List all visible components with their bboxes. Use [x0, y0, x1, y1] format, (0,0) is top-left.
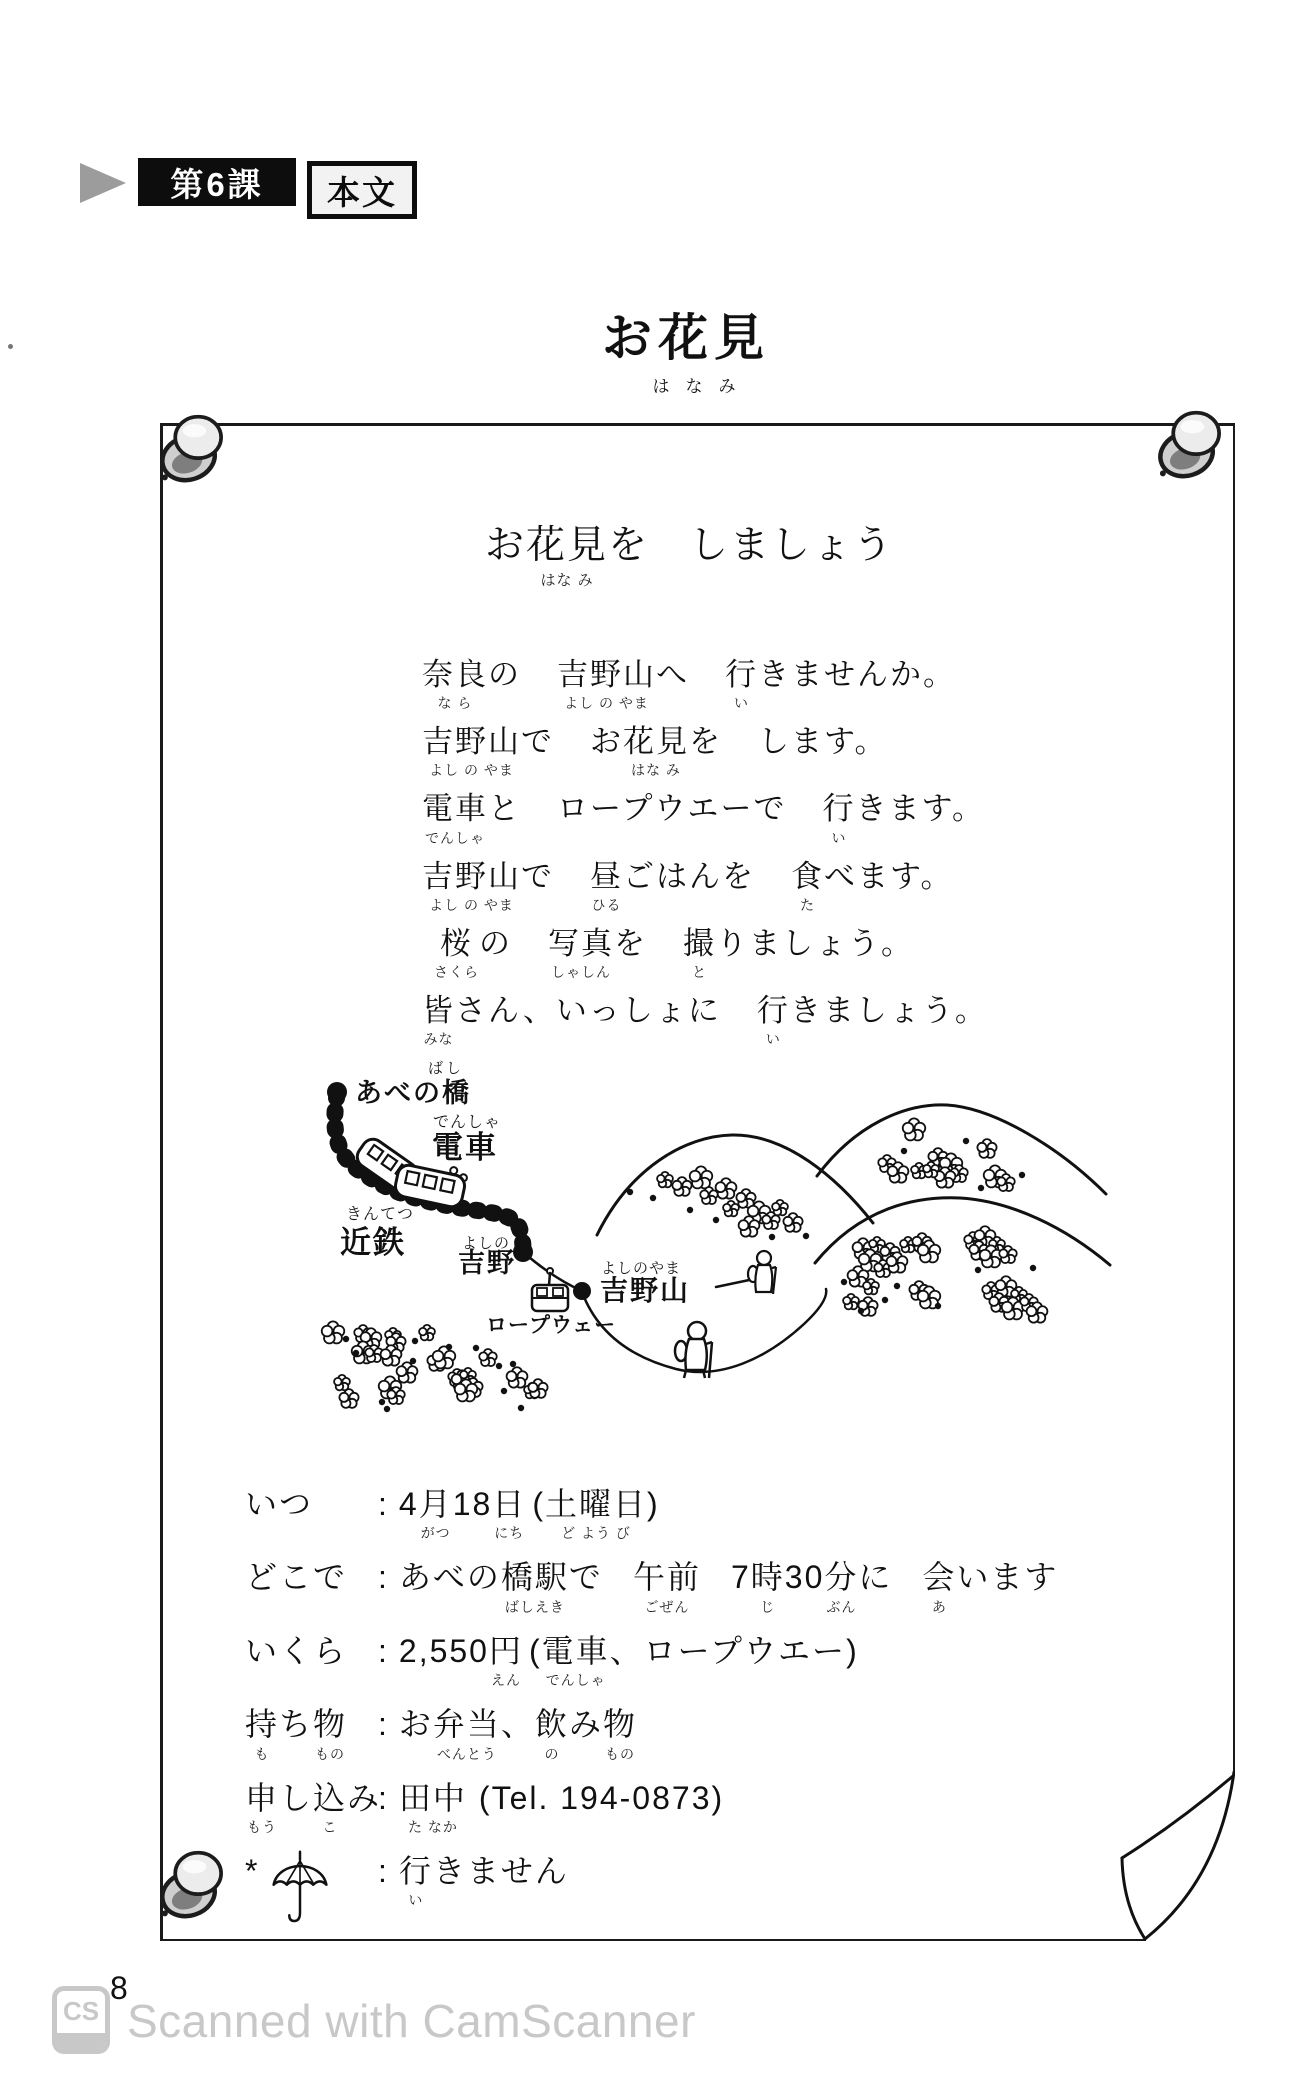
- blossom-dot: [627, 1189, 633, 1195]
- text-unit: 分ぶん: [824, 1558, 858, 1613]
- text-unit: ロープウエーで: [557, 790, 786, 827]
- blossom-dot: [384, 1406, 390, 1412]
- text-unit: お: [485, 523, 526, 570]
- push-pin-icon: [1154, 403, 1228, 489]
- text-unit: 18: [453, 1485, 493, 1523]
- body-line: 奈良な らの吉野山よし の やまへ行いきませんか。: [422, 656, 988, 710]
- text-unit: 吉野山よし の やま: [422, 858, 521, 912]
- camscanner-watermark: Scanned with CamScanner: [127, 1994, 696, 2048]
- spacer: [722, 723, 758, 724]
- blossom-dot: [935, 1303, 941, 1309]
- cherry-blossom-icon: [772, 1200, 788, 1215]
- cherry-blossom-icon: [433, 1346, 456, 1368]
- text-unit: 電車でんしゃ: [542, 1632, 610, 1687]
- text-unit: 食た: [791, 858, 824, 912]
- text-unit: 行い: [399, 1852, 433, 1907]
- text-unit: 行い: [725, 656, 758, 710]
- spacer: [512, 925, 548, 926]
- page-number: 8: [110, 1970, 128, 2007]
- text-unit: 桜さくら: [434, 925, 479, 979]
- arrow-marker-icon: [80, 163, 126, 203]
- spacer: [389, 1705, 399, 1706]
- cherry-blossom-icon: [322, 1321, 345, 1343]
- cherry-blossom-icon: [843, 1294, 859, 1309]
- text-unit: お: [590, 723, 623, 760]
- text-unit: さん、いっしょに: [455, 992, 721, 1029]
- detail-row: どこで:あべの橋駅ばしえきで午前ごぜん7時じ30分ぶんに会あいます: [245, 1558, 1058, 1613]
- text-unit: 花見はな み: [526, 523, 608, 588]
- text-unit: 会あ: [922, 1558, 956, 1613]
- cherry-blossom-icon: [507, 1367, 528, 1387]
- spacer: [647, 925, 683, 926]
- cherry-blossom-icon: [977, 1139, 996, 1158]
- text-unit: 申もう: [245, 1779, 279, 1834]
- detail-value: :4月がつ18日にち(土曜日ど よう び): [378, 1485, 660, 1540]
- push-pin-icon: [156, 407, 230, 493]
- text-unit: 田中た なか: [399, 1779, 467, 1834]
- spacer: [422, 925, 434, 926]
- text-unit: :: [378, 1558, 389, 1596]
- text-unit: で: [521, 723, 554, 760]
- spacer: [689, 656, 725, 657]
- blossom-dot: [501, 1388, 507, 1394]
- detail-row: 申もうし込こみ:田中た なか(Tel. 194-0873): [245, 1779, 1058, 1834]
- text-unit: (: [532, 1485, 545, 1523]
- cherry-blossom-icon: [716, 1178, 737, 1198]
- spacer: [554, 858, 590, 859]
- camscanner-logo-bar: [57, 2033, 105, 2049]
- text-unit: しましょう: [689, 523, 894, 570]
- spacer: [786, 790, 822, 791]
- blossom-dot: [963, 1138, 969, 1144]
- text-unit: み: [569, 1705, 603, 1743]
- text-unit: 物もの: [603, 1705, 637, 1760]
- blossom-dot: [882, 1297, 888, 1303]
- text-unit: きます。: [855, 790, 985, 827]
- text-unit: 円えん: [489, 1632, 523, 1687]
- text-unit: ち: [279, 1705, 313, 1743]
- text-unit: 電車でんしゃ: [422, 790, 488, 844]
- text-unit: 奈良な ら: [422, 656, 488, 710]
- text-unit: と: [488, 790, 521, 827]
- detail-value: :お弁当べんとう、飲のみ物もの: [378, 1705, 637, 1760]
- text-unit: 月がつ: [419, 1485, 453, 1540]
- spacer: [721, 992, 757, 993]
- map-label-densha: 電車: [432, 1130, 498, 1165]
- map-label-yoshino: 吉野: [458, 1248, 516, 1278]
- detail-label: どこで: [245, 1558, 378, 1596]
- text-unit: :: [378, 1632, 389, 1670]
- text-unit: で: [569, 1558, 603, 1596]
- text-unit: どこで: [245, 1558, 347, 1596]
- blossom-dot: [343, 1336, 349, 1342]
- text-unit: します。: [758, 723, 888, 760]
- text-unit: し: [279, 1779, 313, 1817]
- detail-value: :行いきません: [378, 1852, 569, 1907]
- text-unit: います: [956, 1558, 1058, 1596]
- text-unit: の: [488, 656, 521, 693]
- spacer: [389, 1558, 399, 1559]
- text-unit: 吉野山よし の やま: [422, 723, 521, 777]
- text-unit: 行い: [757, 992, 790, 1046]
- blossom-dot: [446, 1344, 452, 1350]
- spacer: [701, 1558, 731, 1559]
- page-title: お花見: [456, 298, 916, 370]
- text-unit: *: [245, 1852, 259, 1890]
- map-furigana-abenobashi: ばし: [428, 1060, 464, 1077]
- blossom-dot: [841, 1279, 847, 1285]
- blossom-dot: [803, 1233, 809, 1239]
- umbrella-icon: [267, 1846, 333, 1930]
- text-unit: ごはんを: [623, 858, 755, 895]
- text-unit: :: [378, 1779, 389, 1817]
- text-unit: (Tel. 194-0873): [479, 1779, 724, 1817]
- blossom-dot: [858, 1308, 864, 1314]
- scan-speck: [8, 344, 13, 349]
- station-dot-abenobashi: [327, 1082, 347, 1102]
- hiker-figure: [748, 1251, 776, 1294]
- text-unit: 4: [399, 1485, 419, 1523]
- blossom-dot: [518, 1405, 524, 1411]
- push-pin-graphic: [156, 407, 230, 493]
- spacer: [389, 1632, 399, 1633]
- poster-border-top: [160, 423, 1235, 426]
- blossom-dot: [473, 1345, 479, 1351]
- route-map-illustration: ばし あべの橋 でんしゃ 電車 きんてつ 近鉄 よしの 吉野 よしのやま 吉野山…: [160, 1040, 1235, 1440]
- blossom-dot: [412, 1338, 418, 1344]
- detail-row: いつ:4月がつ18日にち(土曜日ど よう び): [245, 1485, 1058, 1540]
- poster-body-text: 奈良な らの吉野山よし の やまへ行いきませんか。吉野山よし の やまでお花見は…: [422, 656, 988, 1059]
- page-title-furigana: はなみ: [472, 372, 932, 397]
- cherry-blossom-icon: [690, 1166, 713, 1188]
- detail-label: いくら: [245, 1632, 378, 1670]
- spacer: [467, 1779, 479, 1780]
- spacer: [755, 858, 791, 859]
- text-unit: の: [479, 925, 512, 962]
- text-unit: 30: [785, 1558, 825, 1596]
- body-line: 皆みなさん、いっしょに行いきましょう。: [422, 992, 988, 1046]
- text-unit: きましょう。: [790, 992, 988, 1029]
- text-unit: りましょう。: [716, 925, 914, 962]
- text-unit: お: [399, 1705, 433, 1743]
- detail-label: 申もうし込こみ: [245, 1779, 378, 1834]
- map-furigana-densha: でんしゃ: [433, 1114, 501, 1131]
- push-pin-icon: [156, 1843, 230, 1929]
- spacer: [554, 723, 590, 724]
- text-unit: 時じ: [751, 1558, 785, 1613]
- text-unit: いくら: [245, 1632, 347, 1670]
- text-unit: 土曜日ど よう び: [545, 1485, 647, 1540]
- text-unit: きませんか。: [758, 656, 956, 693]
- text-unit: 、: [501, 1705, 535, 1743]
- push-pin-graphic: [1154, 403, 1228, 489]
- text-unit: ): [647, 1485, 660, 1523]
- blossom-dot: [687, 1207, 693, 1213]
- blossom-dot: [975, 1267, 981, 1273]
- text-unit: を: [614, 925, 647, 962]
- text-unit: 込こ: [313, 1779, 347, 1834]
- detail-label: *: [245, 1852, 378, 1930]
- text-unit: 2,550: [399, 1632, 489, 1670]
- section-label: 本文: [327, 167, 397, 214]
- map-furigana-kintetsu: きんてつ: [346, 1206, 414, 1223]
- cherry-blossom-icon: [419, 1325, 435, 1340]
- text-unit: :: [378, 1705, 389, 1743]
- text-unit: 飲の: [535, 1705, 569, 1760]
- text-unit: 行い: [822, 790, 855, 844]
- detail-row: 持もち物もの:お弁当べんとう、飲のみ物もの: [245, 1705, 1058, 1760]
- text-unit: いつ: [245, 1485, 313, 1523]
- spacer: [521, 656, 557, 657]
- blossom-dot: [410, 1358, 416, 1364]
- blossom-dot: [510, 1361, 516, 1367]
- details-list: いつ:4月がつ18日にち(土曜日ど よう び)どこで:あべの橋駅ばしえきで午前ご…: [245, 1485, 1058, 1948]
- ropeway-cable: [523, 1252, 591, 1311]
- text-unit: み: [347, 1779, 381, 1817]
- text-unit: (: [529, 1632, 542, 1670]
- blossom-dot: [894, 1283, 900, 1289]
- spacer: [389, 1779, 399, 1780]
- map-label-kintetsu: 近鉄: [340, 1225, 406, 1260]
- text-unit: 日にち: [492, 1485, 526, 1540]
- text-unit: 昼ひる: [590, 858, 623, 912]
- blossom-dot: [650, 1195, 656, 1201]
- map-label-yoshinoyama: 吉野山: [600, 1275, 690, 1306]
- cherry-blossom-icon: [657, 1172, 673, 1187]
- text-unit: 物もの: [313, 1705, 347, 1760]
- text-unit: :: [378, 1485, 389, 1523]
- text-unit: 撮と: [683, 925, 716, 979]
- text-unit: 写真しゃしん: [548, 925, 614, 979]
- detail-value: :田中た なか(Tel. 194-0873): [378, 1779, 724, 1834]
- hanami-poster: お花見はな みをしましょう 奈良な らの吉野山よし の やまへ行いきませんか。吉…: [160, 423, 1235, 1941]
- cherry-blossom-icon: [700, 1187, 717, 1204]
- detail-value: :あべの橋駅ばしえきで午前ごぜん7時じ30分ぶんに会あいます: [378, 1558, 1058, 1613]
- detail-label: いつ: [245, 1485, 378, 1523]
- text-unit: きません: [433, 1852, 569, 1890]
- spacer: [649, 523, 689, 524]
- lesson-number-badge: 第6課: [138, 158, 296, 206]
- cherry-blossom-icon: [672, 1177, 691, 1196]
- spacer: [389, 1852, 399, 1853]
- cherry-blossom-icon: [903, 1118, 926, 1140]
- body-line: 電車でんしゃとロープウエーで行いきます。: [422, 790, 988, 844]
- text-unit: 7: [731, 1558, 751, 1596]
- text-unit: :: [378, 1852, 389, 1890]
- spacer: [521, 790, 557, 791]
- text-unit: を: [689, 723, 722, 760]
- cherry-blossom-icon: [723, 1201, 739, 1216]
- cherry-blossom-icon: [479, 1349, 496, 1366]
- text-unit: ): [846, 1632, 859, 1670]
- detail-value: :2,550円えん(電車でんしゃ、ロープウエー): [378, 1632, 859, 1687]
- spacer: [892, 1558, 922, 1559]
- text-unit: あべの: [399, 1558, 501, 1596]
- gondola-icon: [532, 1268, 568, 1311]
- cherry-blossom-icon: [339, 1389, 358, 1408]
- text-unit: 弁当べんとう: [433, 1705, 501, 1760]
- detail-row: *:行いきません: [245, 1852, 1058, 1930]
- lesson-number-label: 第6課: [170, 159, 263, 206]
- blossom-dot: [496, 1363, 502, 1369]
- blossom-dot: [713, 1217, 719, 1223]
- detail-row: いくら:2,550円えん(電車でんしゃ、ロープウエー): [245, 1632, 1058, 1687]
- push-pin-graphic: [156, 1843, 230, 1929]
- blossom-dot: [978, 1185, 984, 1191]
- text-unit: べます。: [824, 858, 954, 895]
- text-unit: へ: [656, 656, 689, 693]
- blossom-dot: [353, 1350, 359, 1356]
- text-unit: を: [608, 523, 649, 570]
- text-unit: に: [858, 1558, 892, 1596]
- text-unit: 、ロープウエー: [610, 1632, 846, 1670]
- body-line: 吉野山よし の やまでお花見はな みをします。: [422, 723, 988, 777]
- camscanner-logo-icon: CS: [52, 1986, 110, 2054]
- blossom-dot: [1019, 1172, 1025, 1178]
- cherry-blossom-icon: [397, 1362, 418, 1382]
- text-unit: 橋駅ばしえき: [501, 1558, 569, 1613]
- text-unit: 午前ごぜん: [633, 1558, 701, 1613]
- text-unit: 花見はな み: [623, 723, 689, 777]
- detail-label: 持もち物もの: [245, 1705, 378, 1760]
- section-badge: 本文: [307, 161, 417, 219]
- text-unit: 吉野山よし の やま: [557, 656, 656, 710]
- poster-title: お花見はな みをしましょう: [485, 523, 894, 588]
- body-line: 桜さくらの写真しゃしんを撮とりましょう。: [422, 925, 988, 979]
- body-line: 吉野山よし の やまで昼ひるごはんを食たべます。: [422, 858, 988, 912]
- cherry-blossom-icon: [783, 1213, 802, 1232]
- spacer: [389, 1485, 399, 1486]
- blossom-dot: [769, 1234, 775, 1240]
- camscanner-logo-text: CS: [57, 1996, 105, 2027]
- map-label-ropeway: ロープウェー: [486, 1314, 616, 1337]
- page-curl: [1079, 1732, 1235, 1941]
- scanned-textbook-page: 第6課 本文 お花見 はなみ お花見はな みをしましょう 奈良な らの吉野山よし…: [0, 0, 1312, 2080]
- blossom-dot: [379, 1399, 385, 1405]
- text-unit: 持も: [245, 1705, 279, 1760]
- cherry-blossom-icon: [334, 1375, 350, 1390]
- blossom-dot: [901, 1148, 907, 1154]
- text-unit: で: [521, 858, 554, 895]
- spacer: [603, 1558, 633, 1559]
- text-unit: 皆みな: [422, 992, 455, 1046]
- blossom-dot: [1030, 1265, 1036, 1271]
- cherry-blossom-icon: [528, 1379, 547, 1398]
- map-label-abenobashi: あべの橋: [355, 1078, 471, 1108]
